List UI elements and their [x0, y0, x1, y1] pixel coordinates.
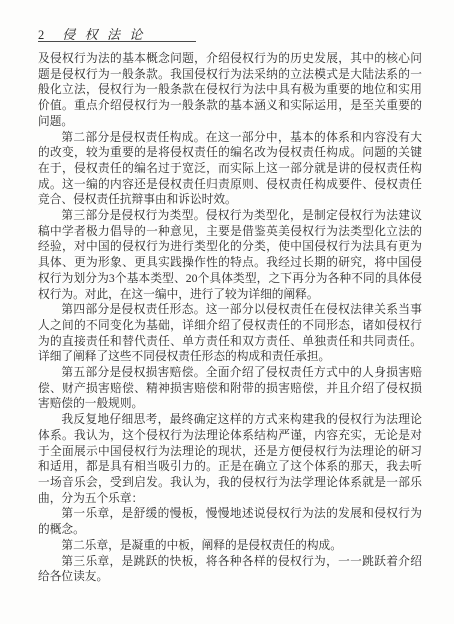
body-paragraph: 第四部分是侵权责任形态。这一部分以侵权责任在侵权法律关系当事人之间的不同变化为基…	[38, 302, 422, 365]
body-paragraph: 及侵权行为法的基本概念问题，介绍侵权行为的历史发展，其中的核心问题是侵权行为一般…	[38, 51, 422, 130]
body-paragraph: 我反复地仔细思考，最终确定这样的方式来构建我的侵权行为法理论体系。我认为，这个侵…	[38, 412, 422, 506]
body-paragraph: 第三乐章，是跳跃的快板，将各种各样的侵权行为，一一跳跃着介绍给各位读友。	[38, 554, 422, 585]
header-rule	[38, 41, 196, 42]
body-paragraph: 第一乐章，是舒缓的慢板，慢慢地述说侵权行为法的发展和侵权行为的概念。	[38, 506, 422, 537]
body-paragraph: 第五部分是侵权损害赔偿。全面介绍了侵权责任方式中的人身损害赔偿、财产损害赔偿、精…	[38, 365, 422, 412]
body-paragraph: 第二乐章，是凝重的中板，阐释的是侵权责任的构成。	[38, 538, 422, 554]
book-page: 2 侵权法论 及侵权行为法的基本概念问题，介绍侵权行为的历史发展，其中的核心问题…	[0, 0, 454, 624]
page-header: 2 侵权法论	[38, 24, 421, 40]
body-paragraph: 第二部分是侵权责任构成。在这一部分中，基本的体系和内容没有大的改变，较为重要的是…	[38, 130, 422, 209]
page-body: 及侵权行为法的基本概念问题，介绍侵权行为的历史发展，其中的核心问题是侵权行为一般…	[38, 51, 422, 585]
body-paragraph: 第三部分是侵权行为类型。侵权行为类型化，是制定侵权行为法建议稿中学者极力倡导的一…	[38, 208, 422, 302]
